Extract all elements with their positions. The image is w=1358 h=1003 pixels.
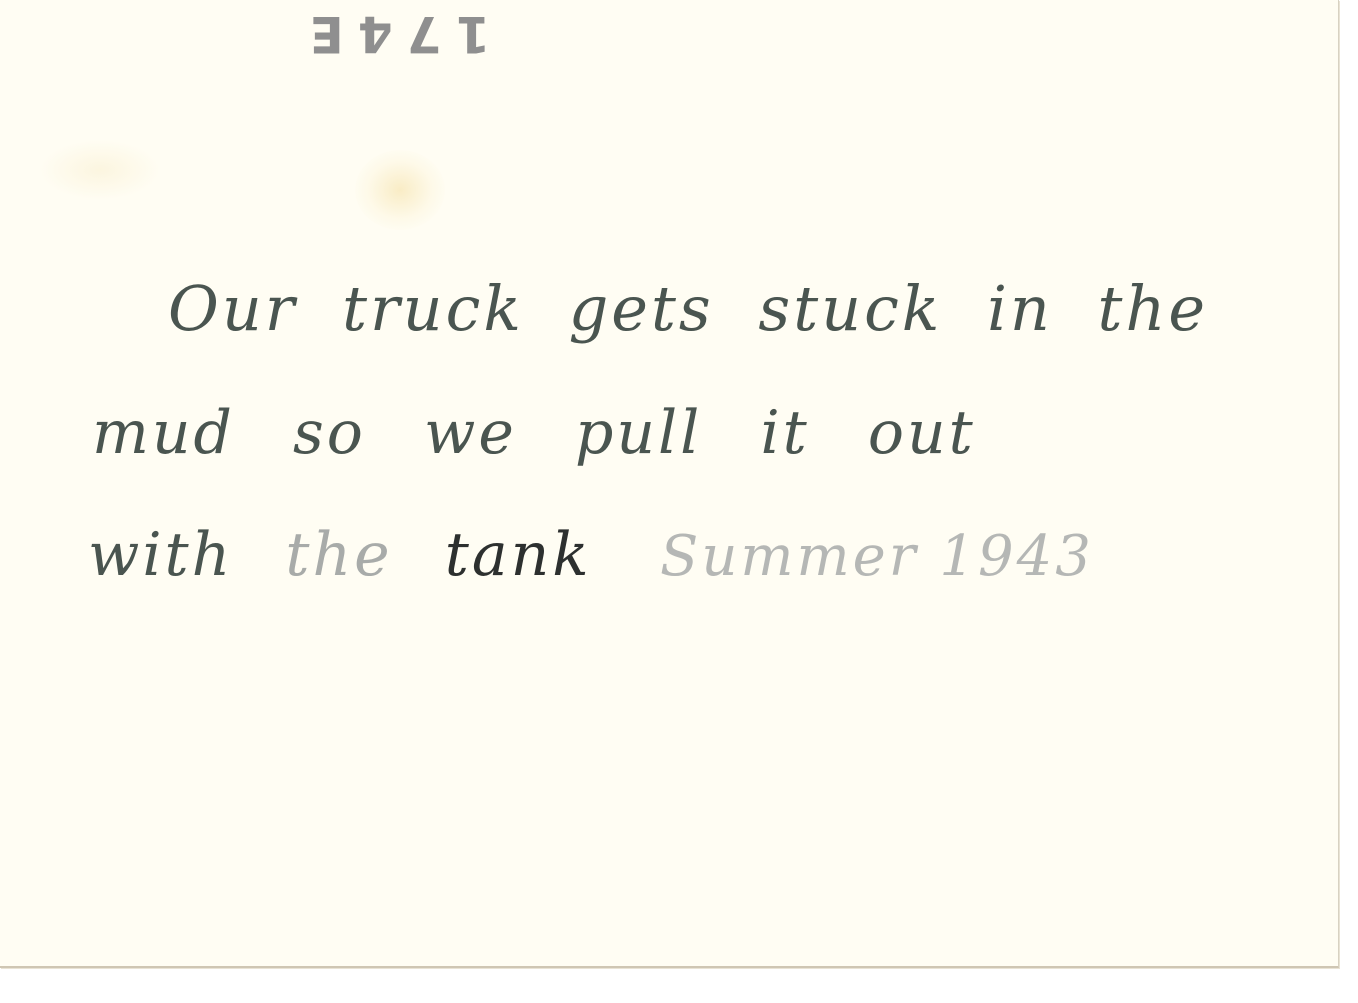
caption-line-3: with the tank [88,520,592,590]
date-annotation: Summer 1943 [660,524,1094,589]
paper-stain [40,140,160,200]
caption-word-tank: tank [445,520,592,590]
paper-stain [355,150,445,230]
caption-word-the: the [285,520,392,590]
photo-back-card: 174E Our truck gets stuck in the mud so … [0,0,1339,968]
caption-word-with: with [88,520,233,590]
caption-line-2: mud so we pull it out [92,398,976,468]
stamped-number: 174E [283,6,503,62]
caption-line-1: Our truck gets stuck in the [168,272,1208,345]
